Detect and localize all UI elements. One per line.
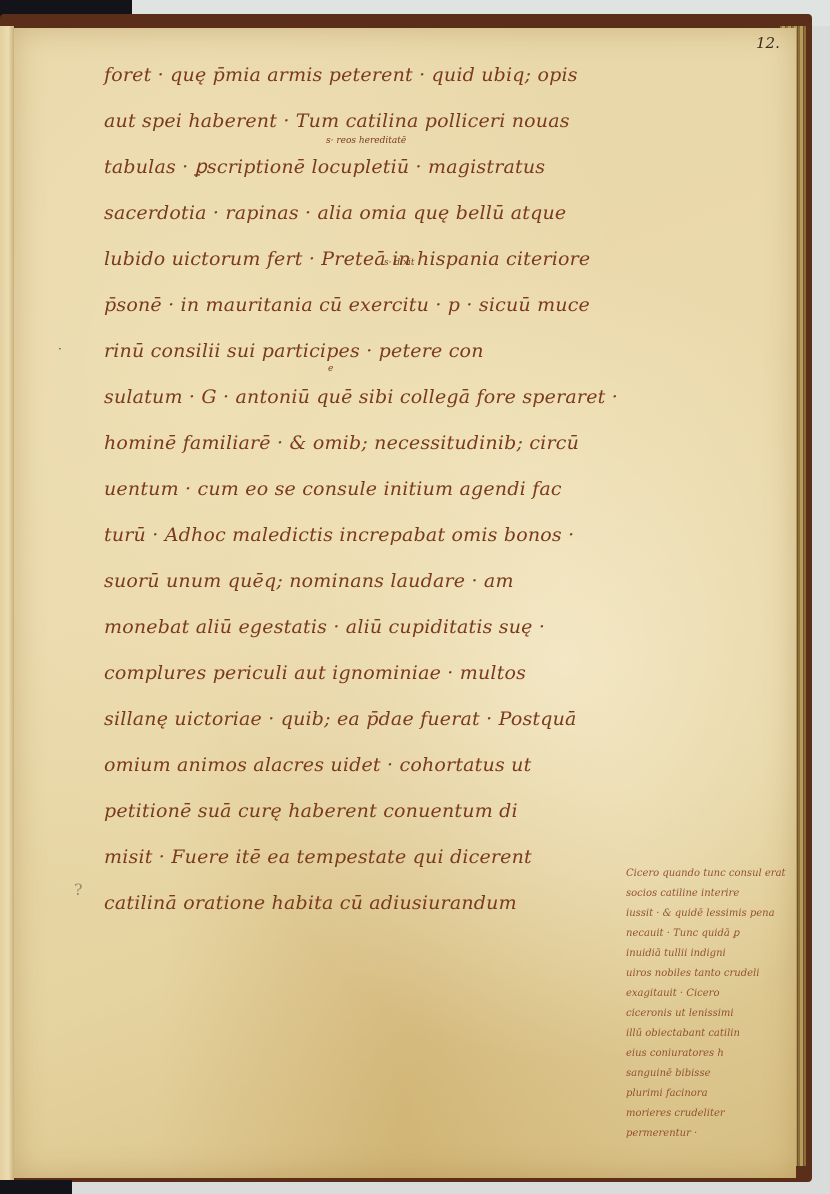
margin-line: inuidiā tullii indigni xyxy=(626,948,788,959)
margin-line: necauit · Tunc quidā ꝑ xyxy=(626,928,788,939)
text-line: lubido uictorum fert · Preteā in hispani… xyxy=(104,248,590,270)
interlinear-gloss: s· reos hereditatē xyxy=(326,136,406,146)
text-line: sulatum · G · antoniū quē sibi collegā f… xyxy=(104,386,618,408)
text-line: sacerdotia · rapinas · alia omia quę bel… xyxy=(104,202,566,224)
background-dark-bottom xyxy=(0,1180,72,1194)
text-line: monebat aliū egestatis · aliū cupiditati… xyxy=(104,616,545,638)
text-line: petitionē suā curę haberent conuentum di xyxy=(104,800,518,822)
text-line: foret · quę p̄mia armis peterent · quid … xyxy=(104,64,578,86)
faint-mark: ? xyxy=(74,880,83,899)
margin-dot: · xyxy=(58,342,62,356)
margin-line: morieres crudeliter xyxy=(626,1108,788,1119)
text-line: omium animos alacres uidet · cohortatus … xyxy=(104,754,531,776)
margin-line: ciceronis ut lenissimi xyxy=(626,1008,788,1019)
text-line: tabulas · ꝑscriptionē locupletiū · magis… xyxy=(104,156,545,178)
margin-line: Cicero quando tunc consul erat xyxy=(626,868,788,879)
text-line: hominē familiarē · & omib; necessitudini… xyxy=(104,432,579,454)
text-line: misit · Fuere itē ea tempestate qui dice… xyxy=(104,846,532,868)
text-line: aut spei haberent · Tum catilina pollice… xyxy=(104,110,570,132)
margin-line: exagitauit · Cicero xyxy=(626,988,788,999)
text-line: turū · Adhoc maledictis increpabat omis … xyxy=(104,524,574,546)
folio-number: 12. xyxy=(756,34,780,52)
text-line: catilinā oratione habita cū adiusiurandu… xyxy=(104,892,517,914)
text-line: rinū consilii sui participes · petere co… xyxy=(104,340,484,362)
margin-line: illū obiectabant catilin xyxy=(626,1028,788,1039)
text-line: complures periculi aut ignominiae · mult… xyxy=(104,662,526,684)
margin-line: eius coniuratores h xyxy=(626,1048,788,1059)
text-line: sillanę uictoriae · quib; ea p̄dae fuera… xyxy=(104,708,577,730)
margin-line: sanguinē bibisse xyxy=(626,1068,788,1079)
text-line: uentum · cum eo se consule initium agend… xyxy=(104,478,562,500)
margin-line: plurimi facinora xyxy=(626,1088,788,1099)
text-line: suorū unum quēq; nominans laudare · am xyxy=(104,570,514,592)
text-line: p̄sonē · in mauritania cū exercitu · p ·… xyxy=(104,294,590,316)
manuscript-page xyxy=(14,28,796,1178)
margin-line: permerentur · xyxy=(626,1128,788,1139)
interlinear-gloss: e xyxy=(328,364,333,374)
margin-line: socios catiline interire xyxy=(626,888,788,899)
left-page-edge xyxy=(0,26,14,1186)
margin-line: uiros nobiles tanto crudeli xyxy=(626,968,788,979)
margin-line: iussit · & quidē lessimis pena xyxy=(626,908,788,919)
